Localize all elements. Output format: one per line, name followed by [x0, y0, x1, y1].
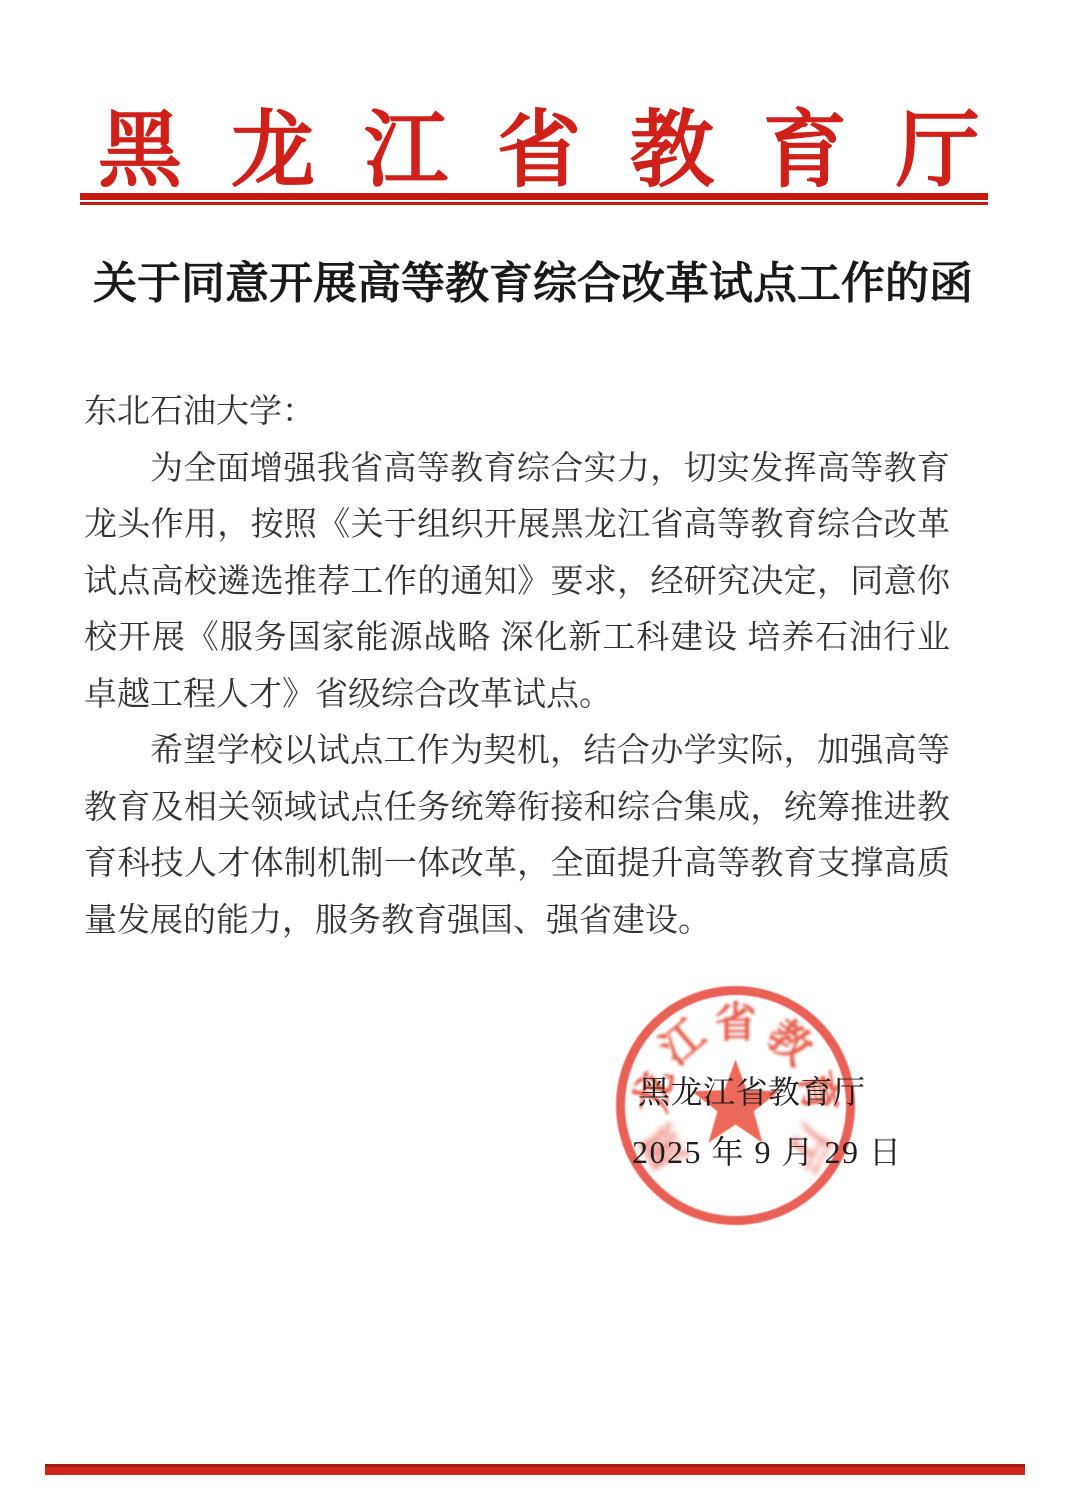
- body-paragraph-2: 希望学校以试点工作为契机，结合办学实际，加强高等教育及相关领域试点任务统筹衔接和…: [84, 723, 950, 949]
- letterhead-char: 教: [630, 110, 714, 194]
- letterhead-char: 江: [364, 110, 448, 194]
- header-rule-thick-line: [80, 193, 988, 200]
- header-rule-thin-line: [80, 202, 988, 205]
- body-paragraph-1: 为全面增强我省高等教育综合实力，切实发挥高等教育龙头作用，按照《关于组织开展黑龙…: [84, 441, 950, 724]
- letterhead-char: 厅: [896, 110, 980, 194]
- stamp-arc-char: 省: [714, 1002, 758, 1046]
- document-page: 黑龙江省教育厅 关于同意开展高等教育综合改革试点工作的函 东北石油大学： 为全面…: [0, 0, 1066, 1506]
- letterhead-char: 育: [763, 110, 847, 194]
- signature-date: 2025 年 9 月 29 日: [632, 1136, 903, 1168]
- letterhead-char: 黑: [98, 110, 182, 194]
- salutation: 东北石油大学：: [84, 384, 950, 441]
- letterhead-title: 黑龙江省教育厅: [98, 110, 980, 194]
- document-title: 关于同意开展高等教育综合改革试点工作的函: [0, 258, 1066, 311]
- signature-issuer: 黑龙江省教育厅: [638, 1076, 866, 1108]
- footer-rule-red-line: [45, 1467, 1025, 1475]
- letterhead-char: 省: [497, 110, 581, 194]
- document-body: 东北石油大学： 为全面增强我省高等教育综合实力，切实发挥高等教育龙头作用，按照《…: [84, 384, 950, 949]
- footer-rule: [45, 1464, 1025, 1475]
- header-rule: [80, 193, 988, 205]
- letterhead-char: 龙: [231, 110, 315, 194]
